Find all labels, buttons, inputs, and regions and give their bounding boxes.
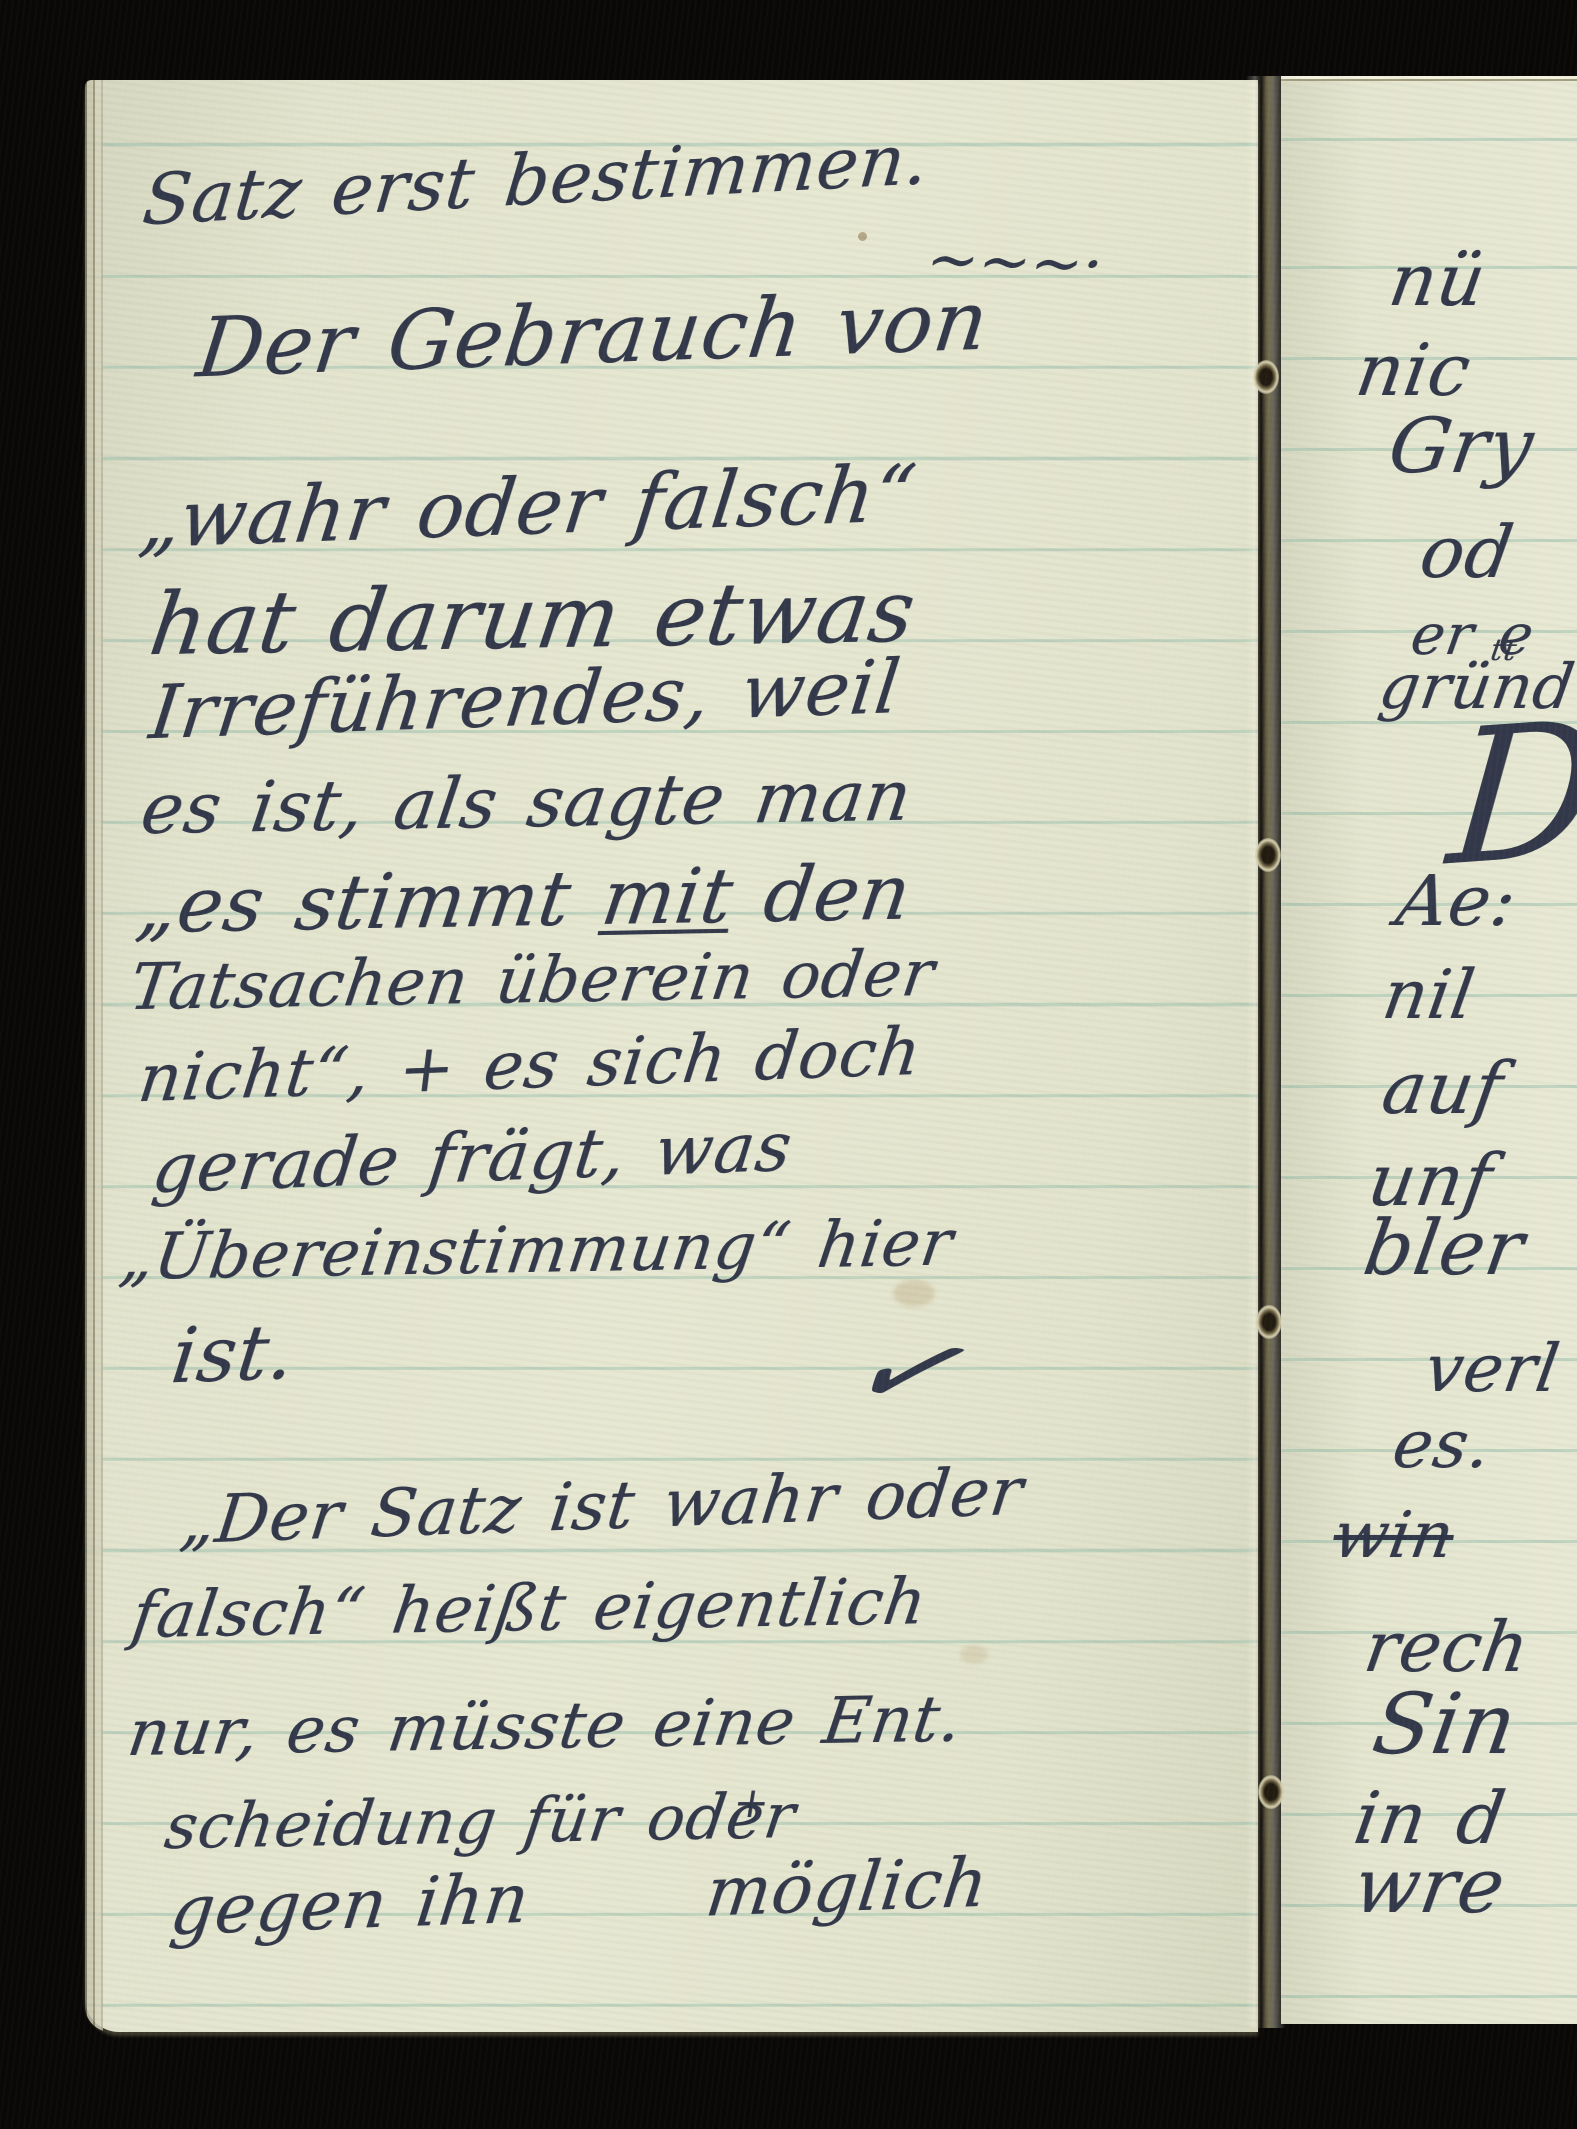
handwriting-fragment: auf — [1378, 1052, 1508, 1124]
handwriting-fragment: nü — [1385, 244, 1491, 316]
handwriting-fragment: Gry — [1384, 408, 1539, 484]
stitch-hole — [1258, 1775, 1284, 1809]
left-page: Satz erst bestimmen.Der Gebrauch von„wah… — [85, 80, 1258, 2032]
handwriting-fragment: Ae: — [1392, 866, 1522, 936]
handwriting-fragment: Sin — [1368, 1682, 1523, 1766]
handwriting-fragment: win — [1329, 1504, 1459, 1568]
handwriting-line: nur, es müsste eine Ent. — [124, 1687, 966, 1766]
page-top-edge — [1281, 76, 1577, 83]
handwriting-line: „Übereinstimmung“ hier — [116, 1211, 957, 1290]
handwriting-fragment: od — [1416, 516, 1519, 588]
handwriting-fragment: es. — [1389, 1412, 1496, 1478]
handwriting-line: es ist, als sagte man — [137, 761, 916, 845]
handwriting-line: Tatsachen überein oder — [126, 942, 939, 1020]
handwriting-fragment: wre — [1349, 1848, 1510, 1924]
handwriting-line: nicht“, + es sich doch — [135, 1019, 925, 1113]
ink-mark: ✓ — [833, 1302, 976, 1436]
stitch-hole — [1256, 1305, 1282, 1339]
stitch-hole — [1255, 838, 1281, 872]
handwriting-line: „Der Satz ist wahr oder — [177, 1459, 1027, 1555]
handwriting-line: scheidung für oder — [161, 1785, 799, 1858]
handwriting-line: falsch“ heißt eigentlich — [128, 1570, 931, 1648]
page-stack-edge — [85, 80, 111, 2032]
notebook-photo: Satz erst bestimmen.Der Gebrauch von„wah… — [0, 0, 1577, 2129]
handwriting-fragment: nil — [1378, 962, 1479, 1030]
underlined-word: mit — [597, 851, 739, 942]
ink-mark: + — [730, 1782, 772, 1824]
stitch-hole — [1253, 360, 1279, 394]
handwriting-fragment: rech — [1360, 1612, 1534, 1682]
handwriting-line: „wahr oder falsch“ — [135, 455, 920, 560]
handwriting-fragment: verl — [1421, 1336, 1564, 1402]
handwriting-fragment: bler — [1359, 1210, 1529, 1286]
right-page: nünicGryoder ettgründDAe:nilaufunfblerve… — [1281, 76, 1577, 2024]
stain — [960, 1645, 988, 1664]
handwriting-line: „es stimmt mit den — [132, 855, 915, 945]
ink-mark: ~~~· — [921, 228, 1108, 296]
handwriting-line: Der Gebrauch von — [193, 280, 993, 390]
stain — [858, 232, 867, 241]
handwriting-line: gegen ihn möglich — [167, 1849, 992, 1946]
handwriting-fragment: nic — [1352, 334, 1476, 406]
handwriting-line: ist. — [168, 1314, 299, 1395]
handwriting-line: Satz erst bestimmen. — [140, 124, 933, 236]
handwriting-line: gerade frägt, was — [149, 1114, 796, 1205]
